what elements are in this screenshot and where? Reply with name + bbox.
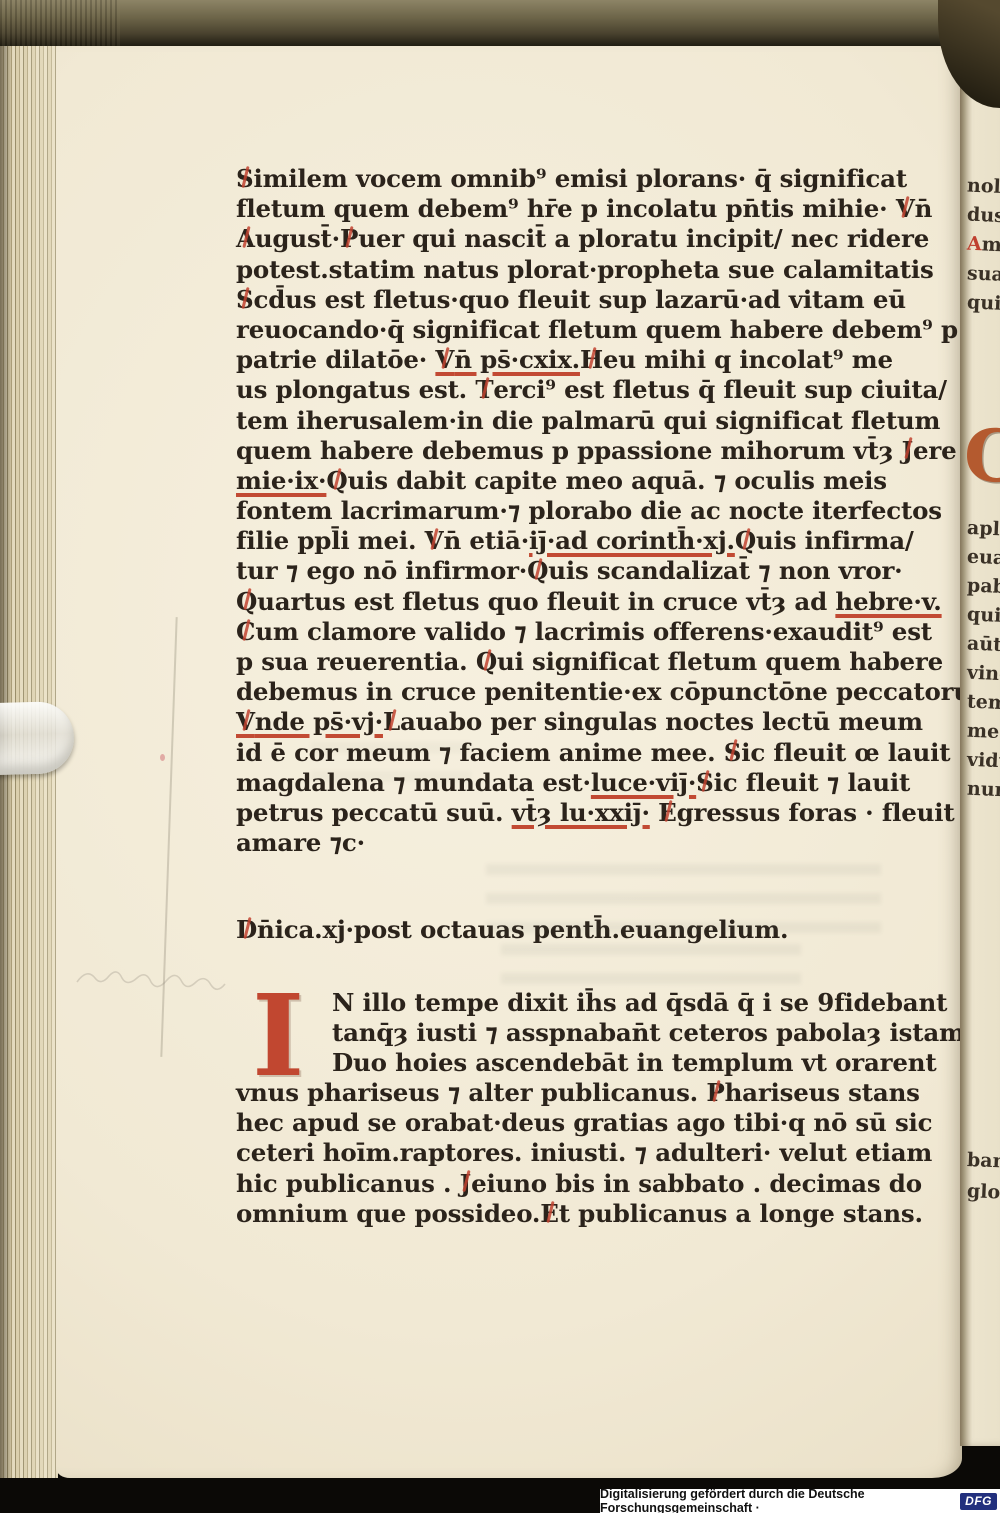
- citation-red-underline: luce·vij̄·: [591, 768, 696, 797]
- verso-showthrough: [501, 944, 801, 992]
- edge-text-fragment: meo·n: [967, 722, 1000, 744]
- text-line: N illo tempe dixit ih̄s ad q̄sdā q̄ i se…: [236, 988, 926, 1018]
- text-line: fletum quem debem⁹ hr̄e p incolatu pn̄ti…: [236, 194, 926, 224]
- book-top-edge-page-stack: [0, 0, 120, 46]
- faint-red-mark: [160, 754, 165, 761]
- text-run: hic publicanus .: [236, 1169, 460, 1198]
- text-run: eu mihi q incolat⁹ me: [603, 345, 893, 374]
- text-run: patrie dilatōe·: [236, 345, 435, 374]
- text-line: ceteri hoīm.raptores. iniusti. ⁊ adulter…: [236, 1138, 926, 1168]
- rubricated-capital: Q: [326, 466, 347, 496]
- digitized-incunable-page-scan: Similem vocem omnib⁹ emisi plorans· q̄ s…: [0, 0, 1000, 1513]
- rubricated-capital: C: [236, 617, 255, 647]
- credit-text: Digitalisierung gefördert durch die Deut…: [600, 1487, 954, 1513]
- text-line: Vnde ps̄·vj·Lauabo per singulas noctes l…: [236, 707, 926, 737]
- text-run: ceteri hoīm.raptores. iniusti. ⁊ adulter…: [236, 1138, 932, 1167]
- rubricated-capital: S: [724, 738, 742, 768]
- text-run: uartus est fletus quo fleuit in cruce vt…: [257, 587, 835, 616]
- text-run: auabo per singulas noctes lectū meum: [400, 707, 923, 736]
- gospel-paragraph: I N illo tempe dixit ih̄s ad q̄sdā q̄ i …: [236, 988, 926, 1230]
- rubricated-capital: D: [236, 915, 257, 945]
- rubricated-capital: S: [696, 768, 714, 798]
- text-line: patrie dilatōe· Vn̄ ps̄·cxix.Heu mihi q …: [236, 345, 926, 375]
- text-run: quem habere debemus p ppassione mihorum …: [236, 436, 902, 465]
- edge-text-fragment: numq: [967, 780, 1000, 802]
- edge-text-fragment: qui se t: [967, 293, 1000, 315]
- text-line: vnus phariseus ⁊ alter publicanus. Phari…: [236, 1078, 926, 1108]
- rubricated-capital: S: [236, 285, 254, 315]
- text-line: hec apud se orabat·deus gratias ago tibi…: [236, 1108, 926, 1138]
- text-run: n̄: [915, 194, 933, 223]
- edge-large-initial: C: [962, 419, 1000, 493]
- text-run: eiuno bis in sabbato . decimas do: [471, 1169, 922, 1198]
- text-run: tur ⁊ ego nō infirmor·: [236, 556, 527, 585]
- text-run: um clamore valido ⁊ lacrimis offerens·ex…: [255, 617, 932, 646]
- text-line: August̄·Puer qui nascit̄ a ploratu incip…: [236, 224, 926, 254]
- text-line: tur ⁊ ego nō infirmor·Quis scandalizat̄ …: [236, 556, 926, 586]
- text-run: imilem vocem omnib⁹ emisi plorans· q̄ si…: [254, 164, 907, 193]
- edge-text-fragment: aplis: [967, 519, 1000, 540]
- gospel-lines: N illo tempe dixit ih̄s ad q̄sdā q̄ i se…: [236, 988, 926, 1230]
- rubricated-capital: H: [580, 345, 603, 375]
- text-line: petrus peccatū suū. vt̄ȝ lu·xxij̄· Egres…: [236, 798, 926, 828]
- citation-red-underline: V: [236, 707, 255, 737]
- rubricated-capital: J: [460, 1169, 471, 1199]
- text-line: potest.statim natus plorat·propheta sue …: [236, 255, 926, 285]
- verso-showthrough: [311, 742, 471, 782]
- edge-text-fragment: vidua: [967, 751, 1000, 772]
- text-line: mie·ix·Quis dabit capite meo aquā. ⁊ ocu…: [236, 466, 926, 496]
- rubricated-capital: Q: [735, 526, 756, 556]
- edge-text-fragment: qui ddi: [967, 605, 1000, 627]
- text-line: filie ppl̄i mei. Vn̄ etiā·ij̄·ad corinth…: [236, 526, 926, 556]
- text-run: amare ⁊c·: [236, 828, 365, 857]
- text-line: Cum clamore valido ⁊ lacrimis offerens·e…: [236, 617, 926, 647]
- text-line: Similem vocem omnib⁹ emisi plorans· q̄ s…: [236, 164, 926, 194]
- rubricated-capital: A: [236, 224, 255, 254]
- text-run: uis dabit capite meo aquā. ⁊ oculis meis: [348, 466, 887, 495]
- citation-red-underline: V: [435, 345, 454, 375]
- rubricated-capital: L: [383, 707, 400, 737]
- text-run: [650, 798, 658, 827]
- verso-showthrough: [486, 864, 881, 936]
- manuscript-page: Similem vocem omnib⁹ emisi plorans· q̄ s…: [56, 42, 962, 1478]
- text-line: omnium que possideo.Et publicanus a long…: [236, 1199, 926, 1229]
- text-line: amare ⁊c·: [236, 828, 926, 858]
- citation-red-underline: nde ps̄·vj·: [255, 707, 383, 736]
- rubricated-capital: S: [236, 164, 254, 194]
- citation-red-underline: hebre·v.: [835, 587, 941, 616]
- text-line: Duo hoies ascendebāt in templum vt orare…: [236, 1048, 926, 1078]
- lombard-initial: I: [252, 988, 304, 1087]
- rubricated-capital: P: [706, 1078, 724, 1108]
- edge-text-fragment: euang: [967, 548, 1000, 570]
- text-run: uis infirma/: [756, 526, 914, 555]
- text-run: hariseus stans: [725, 1078, 920, 1107]
- text-line: fontem lacrimarum·⁊ plorabo die ac nocte…: [236, 496, 926, 526]
- edge-text-fragment: Amen: [967, 235, 1000, 257]
- facing-page-fore-edge: nolebadus fuAmensuam aqui se tCapliseuan…: [960, 34, 1000, 1446]
- text-run: fletum quem debem⁹ hr̄e p incolatu pn̄ti…: [236, 194, 896, 223]
- rubricated-capital: J: [902, 436, 913, 466]
- text-line: hic publicanus . Jeiuno bis in sabbato .…: [236, 1169, 926, 1199]
- digitization-credit-strip: Digitalisierung gefördert durch die Deut…: [600, 1489, 1000, 1513]
- text-run: reuocando·q̄ significat fletum quem habe…: [236, 315, 958, 344]
- text-line: tem iherusalem·in die palmarū qui signif…: [236, 406, 926, 436]
- text-run: ic fleuit œ lauit: [741, 738, 950, 767]
- rubricated-capital: Q: [476, 647, 497, 677]
- text-line: reuocando·q̄ significat fletum quem habe…: [236, 315, 926, 345]
- text-run: uis scandalizat̄ ⁊ non vror·: [548, 556, 902, 585]
- text-run: vnus phariseus ⁊ alter publicanus.: [236, 1078, 706, 1107]
- text-run: p sua reuerentia.: [236, 647, 476, 676]
- rubricated-capital: Q: [236, 587, 257, 617]
- text-line: Quartus est fletus quo fleuit in cruce v…: [236, 587, 926, 617]
- rubricated-capital: A: [967, 233, 983, 256]
- edge-text-fragment: pabola: [967, 576, 1000, 598]
- edge-text-fragment: bant: [967, 1151, 1000, 1172]
- text-run: ui significat fletum quem habere: [497, 647, 943, 676]
- text-run: t publicanus a longe stans.: [559, 1199, 923, 1228]
- text-run: omnium que possideo.: [236, 1199, 540, 1228]
- text-run: petrus peccatū suū.: [236, 798, 512, 827]
- text-run: filie ppl̄i mei.: [236, 526, 425, 555]
- text-run: ugust̄·: [255, 224, 340, 253]
- pencil-marginalia: [72, 942, 247, 1002]
- text-run: n̄ etiā·: [443, 526, 529, 555]
- text-run: id ē cor meum ⁊ faciem anime mee.: [236, 738, 724, 767]
- text-line: p sua reuerentia. Qui significat fletum …: [236, 647, 926, 677]
- text-run: potest.statim natus plorat·propheta sue …: [236, 255, 934, 284]
- text-run: cd̄us est fletus·quo fleuit sup lazarū·a…: [254, 285, 906, 314]
- text-run: Duo hoies ascendebāt in templum vt orare…: [332, 1048, 936, 1077]
- rubricated-capital: Q: [527, 556, 548, 586]
- text-line: tanq̄ȝ iusti ⁊ asspnaban̄t ceteros pabol…: [236, 1018, 926, 1048]
- citation-red-underline: mie·ix·: [236, 466, 326, 495]
- text-column: Similem vocem omnib⁹ emisi plorans· q̄ s…: [236, 164, 926, 1229]
- text-run: us plongatus est.: [236, 375, 475, 404]
- text-run: debemus in cruce penitentie·ex cōpunctōn…: [236, 677, 997, 706]
- text-line: us plongatus est. Terci⁹ est fletus q̄ f…: [236, 375, 926, 405]
- text-run: tem iherusalem·in die palmarū qui signif…: [236, 406, 940, 435]
- edge-text-fragment: suam a: [967, 264, 1000, 286]
- text-run: gressus foras · fleuit: [677, 798, 955, 827]
- text-run: uer qui nascit̄ a ploratu incipit/ nec r…: [358, 224, 929, 253]
- edge-text-fragment: tempu: [967, 693, 1000, 715]
- text-run: hec apud se orabat·deus gratias ago tibi…: [236, 1108, 932, 1137]
- rubricated-capital: P: [340, 224, 358, 254]
- edge-text-fragment: noleba: [967, 176, 1000, 198]
- edge-text-fragment: aūt qu: [967, 635, 1000, 657]
- text-run: ic fleuit ⁊ lauit: [714, 768, 910, 797]
- citation-red-underline: vt̄ȝ lu·xxij̄·: [512, 798, 650, 827]
- citation-red-underline: ij̄·ad corinth̄·xj.: [529, 526, 735, 555]
- text-line: quem habere debemus p ppassione mihorum …: [236, 436, 926, 466]
- edge-text-fragment: glor: [967, 1182, 1000, 1203]
- text-line: debemus in cruce penitentie·ex cōpunctōn…: [236, 677, 926, 707]
- rubricated-capital: E: [540, 1199, 558, 1229]
- text-run: fontem lacrimarum·⁊ plorabo die ac nocte…: [236, 496, 942, 525]
- text-run: tanq̄ȝ iusti ⁊ asspnaban̄t ceteros pabol…: [332, 1018, 965, 1047]
- edge-text-fragment: vindic: [967, 664, 1000, 686]
- text-run: ere: [913, 436, 956, 465]
- text-line: Scd̄us est fletus·quo fleuit sup lazarū·…: [236, 285, 926, 315]
- rubricated-capital: T: [475, 375, 493, 405]
- edge-text-fragment: dus fu: [967, 206, 1000, 228]
- text-run: erci⁹ est fletus q̄ fleuit sup ciuita/: [493, 375, 947, 404]
- rubricated-capital: V: [896, 194, 915, 224]
- rubricated-capital: E: [658, 798, 676, 828]
- citation-red-underline: n̄ ps̄·cxix.: [454, 345, 580, 374]
- book-top-edge: [0, 0, 1000, 46]
- rubricated-capital: V: [425, 526, 444, 556]
- dfg-logo: DFG: [960, 1493, 997, 1510]
